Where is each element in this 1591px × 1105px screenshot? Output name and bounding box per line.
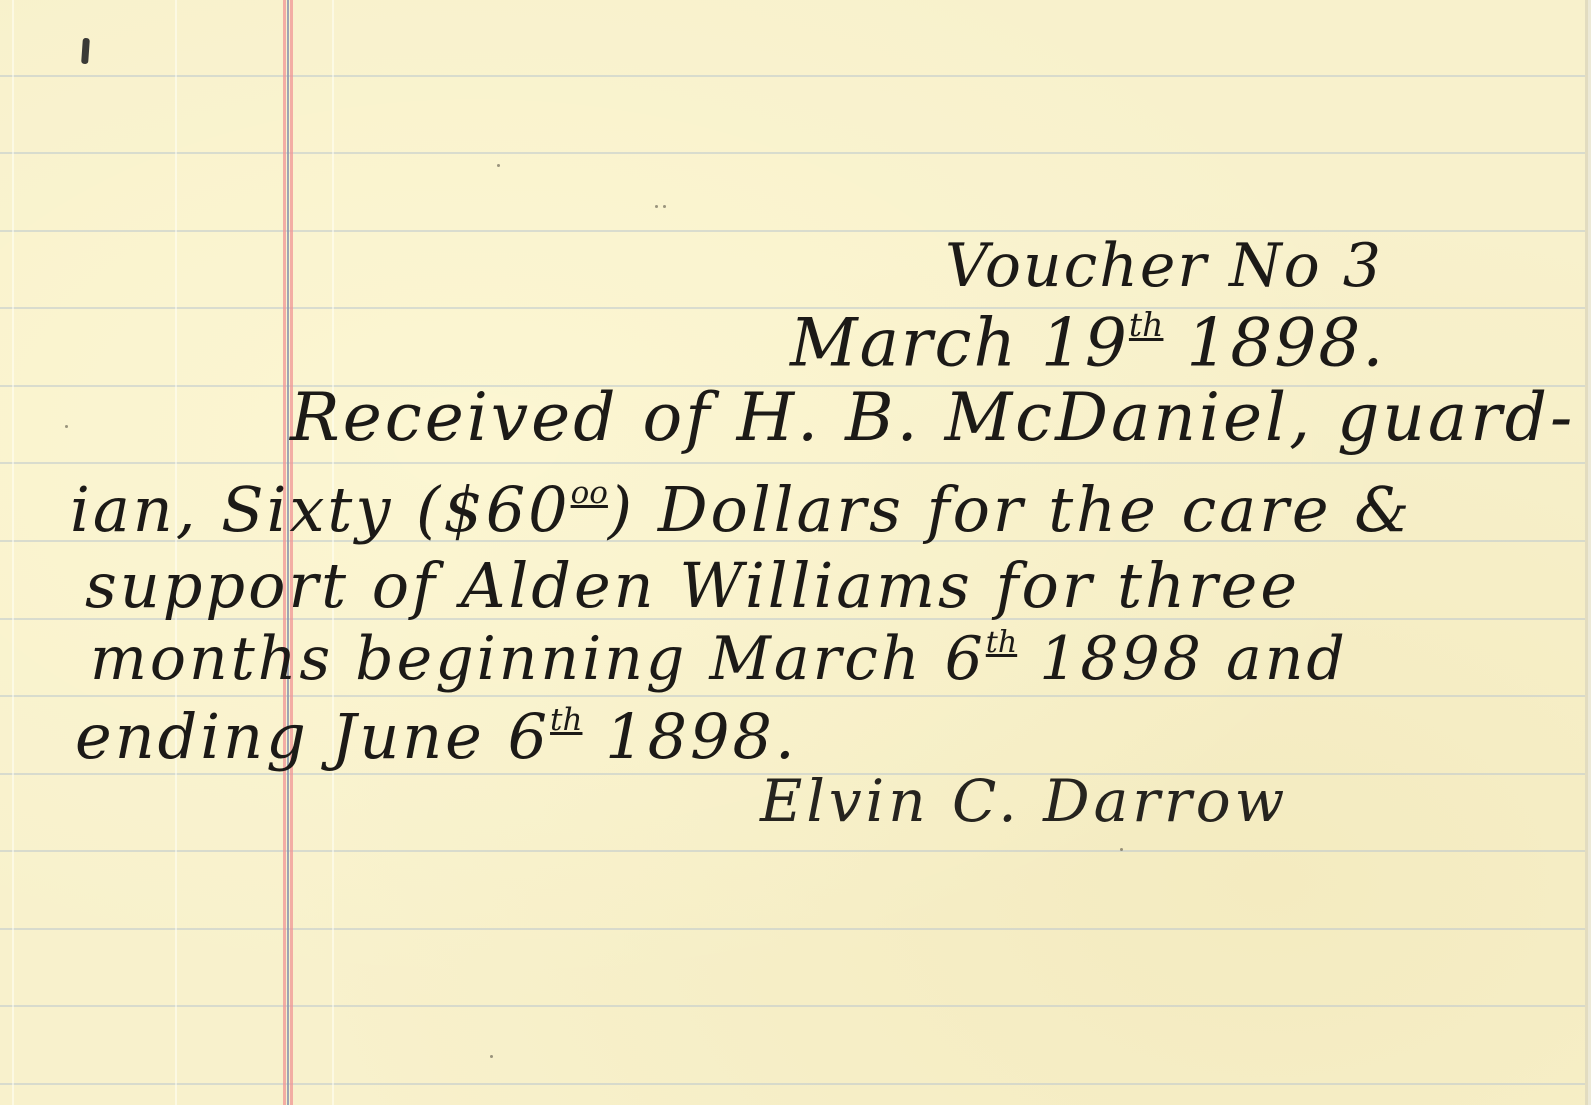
body-line-4-before: months beginning March 6 (90, 624, 986, 694)
date-month-day: March 19 (790, 305, 1129, 382)
ruled-line (0, 75, 1588, 77)
ruled-line (0, 462, 1588, 464)
body-line-1: Received of H. B. McDaniel, guard- (290, 385, 1575, 451)
body-line-5: ending June 6th 1898. (75, 705, 798, 768)
amount-cents: oo (571, 475, 608, 511)
ruled-line (0, 1083, 1588, 1085)
fold-line (12, 0, 14, 1105)
paper-speck (497, 164, 500, 167)
ruled-line (0, 695, 1588, 697)
ruled-line (0, 928, 1588, 930)
ruled-paper: Voucher No 3 March 19th 1898. Received o… (0, 0, 1588, 1105)
body-line-4-after: 1898 and (1017, 624, 1348, 694)
body-line-5-before: ending June 6 (75, 700, 550, 773)
paper-speck (1120, 848, 1123, 851)
ruled-line (0, 152, 1588, 154)
ruled-line (0, 1005, 1588, 1007)
body-line-5-after: 1898. (582, 700, 797, 773)
paper-edge (1585, 0, 1588, 1105)
paper-speck (490, 1055, 493, 1058)
start-date-ordinal: th (986, 625, 1017, 660)
paper-speck (65, 425, 68, 428)
page-number-mark (81, 38, 90, 64)
body-line-2-before: ian, Sixty ( (70, 473, 443, 546)
voucher-number: Voucher No 3 (945, 236, 1383, 296)
paper-speck (663, 205, 666, 208)
body-line-4: months beginning March 6th 1898 and (90, 628, 1348, 689)
voucher-date: March 19th 1898. (790, 308, 1385, 377)
end-date-ordinal: th (550, 702, 582, 738)
amount-dollars: $60 (443, 473, 570, 546)
date-year: 1898. (1186, 305, 1385, 382)
signature: Elvin C. Darrow (760, 772, 1288, 830)
ruled-line (0, 850, 1588, 852)
body-line-2: ian, Sixty ($60oo) Dollars for the care … (70, 478, 1412, 541)
date-ordinal: th (1129, 305, 1164, 344)
body-line-2-after: ) Dollars for the care & (608, 473, 1413, 546)
paper-speck (655, 205, 658, 208)
body-line-3: support of Alden Williams for three (85, 555, 1300, 617)
